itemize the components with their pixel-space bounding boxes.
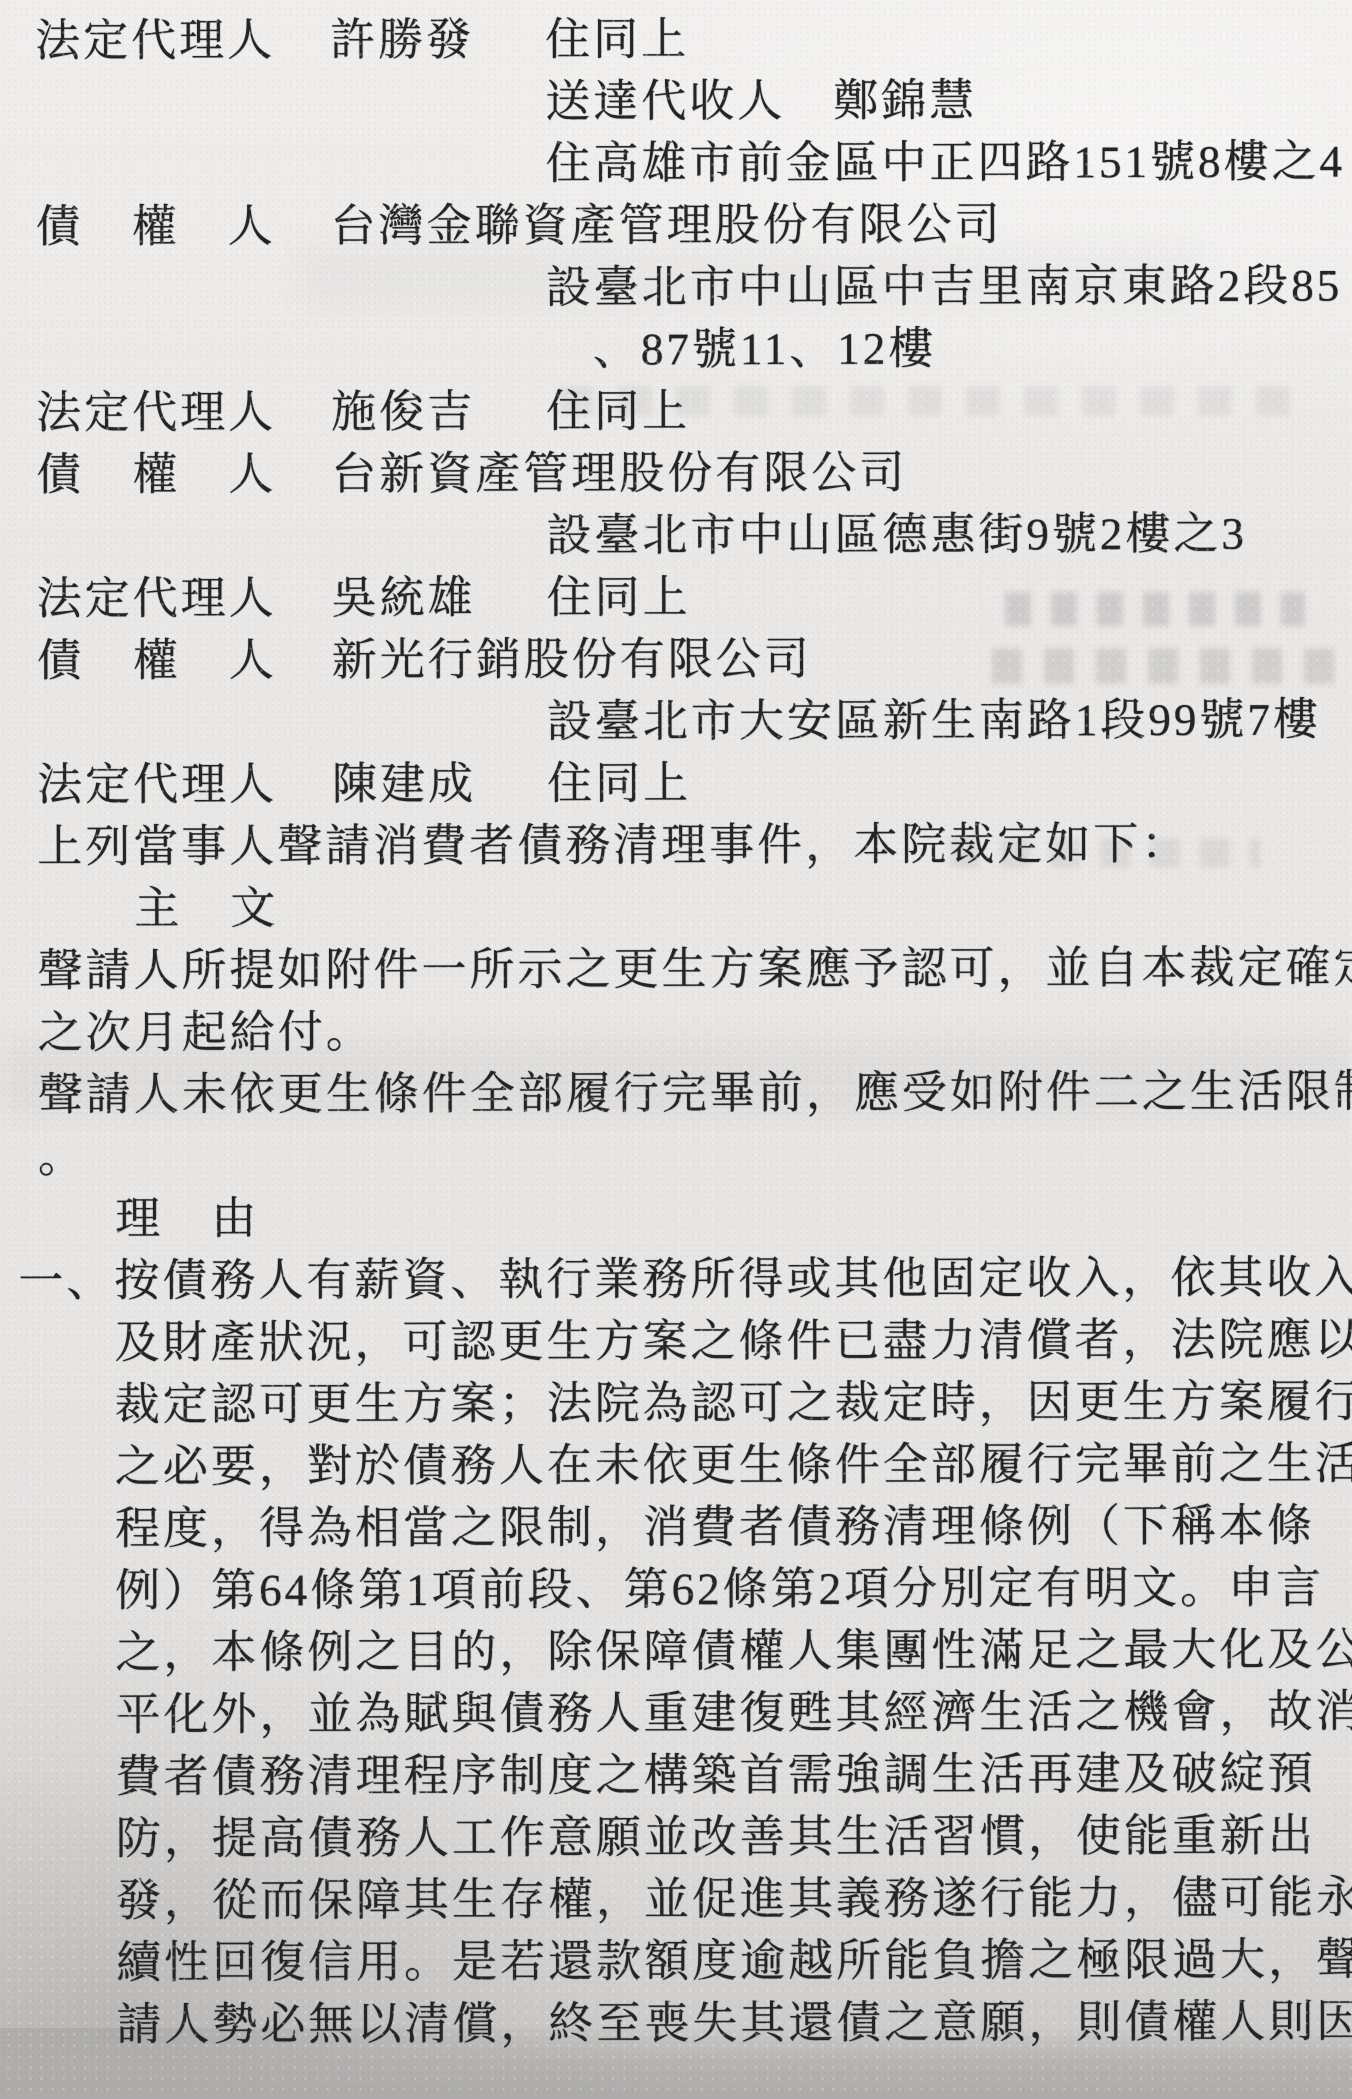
party-label — [36, 551, 331, 552]
party-label: 債 權 人 — [36, 443, 331, 506]
reason-item-line: 續性回復信用。是若還款額度逾越所能負擔之極限過大，聲 — [5, 1928, 1352, 1994]
party-address: 住同上 — [546, 386, 690, 436]
creditor-company-name: 台新資產管理股份有限公司 — [331, 442, 907, 506]
main-text-heading: 主 文 — [2, 874, 1352, 940]
party-address: 住高雄市前金區中正四路151號8樓之4 — [545, 136, 1345, 188]
party-label — [36, 365, 331, 366]
reason-item-line: 平化外，並為賦與債務人重建復甦其經濟生活之機會，故消 — [4, 1680, 1352, 1746]
reason-item-line: 例）第64條第1項前段、第62條第2項分別定有明文。申言 — [4, 1556, 1352, 1622]
reason-item-line: 程度，得為相當之限制，消費者債務清理條例（下稱本條 — [4, 1494, 1352, 1560]
party-row: 設臺北市中山區中吉里南京東路2段85 — [1, 254, 1352, 320]
party-name — [331, 551, 546, 552]
party-row: 設臺北市大安區新生南路1段99號7樓 — [2, 688, 1352, 754]
party-name — [330, 117, 545, 118]
party-row: 法定代理人許勝發住同上 — [0, 6, 1352, 72]
party-address-continued: 、87號11、12樓 — [546, 324, 936, 375]
party-label — [35, 179, 330, 180]
party-row: 債 權 人新光行銷股份有限公司 — [2, 626, 1352, 692]
main-text-line: 聲請人所提如附件一所示之更生方案應予認可，並自本裁定確定 — [2, 936, 1352, 1002]
main-text-line: 之次月起給付。 — [3, 998, 1352, 1064]
service-agent-line: 送達代收人 鄭錦慧 — [545, 75, 977, 126]
reason-item-line: 費者債務清理程序制度之構築首需強調生活再建及破綻預 — [5, 1742, 1352, 1808]
party-address: 設臺北市中山區德惠街9號2樓之3 — [546, 509, 1247, 561]
list-item-marker: 一、 — [18, 1250, 114, 1312]
party-row: 法定代理人吳統雄住同上 — [1, 564, 1352, 630]
reason-item-line: 及財產狀況，可認更生方案之條件已盡力清償者，法院應以 — [3, 1308, 1352, 1374]
party-name: 許勝發 — [330, 9, 545, 72]
party-address: 住同上 — [546, 572, 690, 622]
party-address: 設臺北市中山區中吉里南京東路2段85 — [546, 260, 1343, 312]
party-label — [36, 303, 331, 304]
reason-item-line: 發，從而保障其生存權，並促進其義務遂行能力，儘可能永 — [5, 1866, 1352, 1932]
scanned-document-page: 法定代理人許勝發住同上 送達代收人 鄭錦慧 住高雄市前金區中正四路151號8樓之… — [0, 0, 1352, 2099]
party-row: 債 權 人台新資產管理股份有限公司 — [1, 440, 1352, 506]
creditor-company-name: 台灣金聯資產管理股份有限公司 — [330, 193, 1002, 257]
party-label: 債 權 人 — [35, 195, 330, 258]
party-address: 住同上 — [547, 758, 691, 808]
document-text: 法定代理人許勝發住同上 送達代收人 鄭錦慧 住高雄市前金區中正四路151號8樓之… — [0, 6, 1352, 2056]
party-row: 債 權 人台灣金聯資產管理股份有限公司 — [0, 192, 1352, 258]
reasons-heading: 理 由 — [3, 1184, 1352, 1250]
main-text-line: 。 — [3, 1122, 1352, 1188]
party-row: 設臺北市中山區德惠街9號2樓之3 — [1, 502, 1352, 568]
party-name: 陳建成 — [332, 753, 547, 816]
party-name: 吳統雄 — [331, 567, 546, 630]
party-address: 設臺北市大安區新生南路1段99號7樓 — [547, 695, 1321, 747]
party-label: 法定代理人 — [37, 753, 332, 816]
party-label — [37, 737, 332, 738]
reason-text: 按債務人有薪資、執行業務所得或其他固定收入，依其收入 — [114, 1252, 1352, 1305]
party-label: 法定代理人 — [36, 567, 331, 630]
party-label: 債 權 人 — [37, 629, 332, 692]
party-name: 施俊吉 — [331, 381, 546, 444]
party-label: 法定代理人 — [35, 9, 330, 72]
party-row: 、87號11、12樓 — [1, 316, 1352, 382]
reason-item-line: 一、按債務人有薪資、執行業務所得或其他固定收入，依其收入 — [3, 1246, 1352, 1312]
reason-item-line: 之，本條例之目的，除保障債權人集團性滿足之最大化及公 — [4, 1618, 1352, 1684]
party-name — [331, 303, 546, 304]
party-address: 住同上 — [545, 14, 689, 64]
party-row: 送達代收人 鄭錦慧 — [0, 68, 1352, 134]
party-row: 住高雄市前金區中正四路151號8樓之4 — [0, 130, 1352, 196]
creditor-company-name: 新光行銷股份有限公司 — [332, 628, 812, 691]
party-name — [331, 365, 546, 366]
party-row: 法定代理人施俊吉住同上 — [1, 378, 1352, 444]
party-name — [330, 179, 545, 180]
party-label — [35, 117, 330, 118]
party-row: 法定代理人陳建成住同上 — [2, 750, 1352, 816]
main-text-line: 聲請人未依更生條件全部履行完畢前，應受如附件二之生活限制 — [3, 1060, 1352, 1126]
party-label: 法定代理人 — [36, 381, 331, 444]
party-name — [332, 737, 547, 738]
reason-item-line: 請人勢必無以清償，終至喪失其還債之意願，則債權人則因 — [5, 1990, 1352, 2056]
case-intro-line: 上列當事人聲請消費者債務清理事件，本院裁定如下： — [2, 812, 1352, 878]
reason-item-line: 之必要，對於債務人在未依更生條件全部履行完畢前之生活 — [4, 1432, 1352, 1498]
reason-item-line: 防，提高債務人工作意願並改善其生活習慣，使能重新出 — [5, 1804, 1352, 1870]
reason-item-line: 裁定認可更生方案；法院為認可之裁定時，因更生方案履行 — [4, 1370, 1352, 1436]
